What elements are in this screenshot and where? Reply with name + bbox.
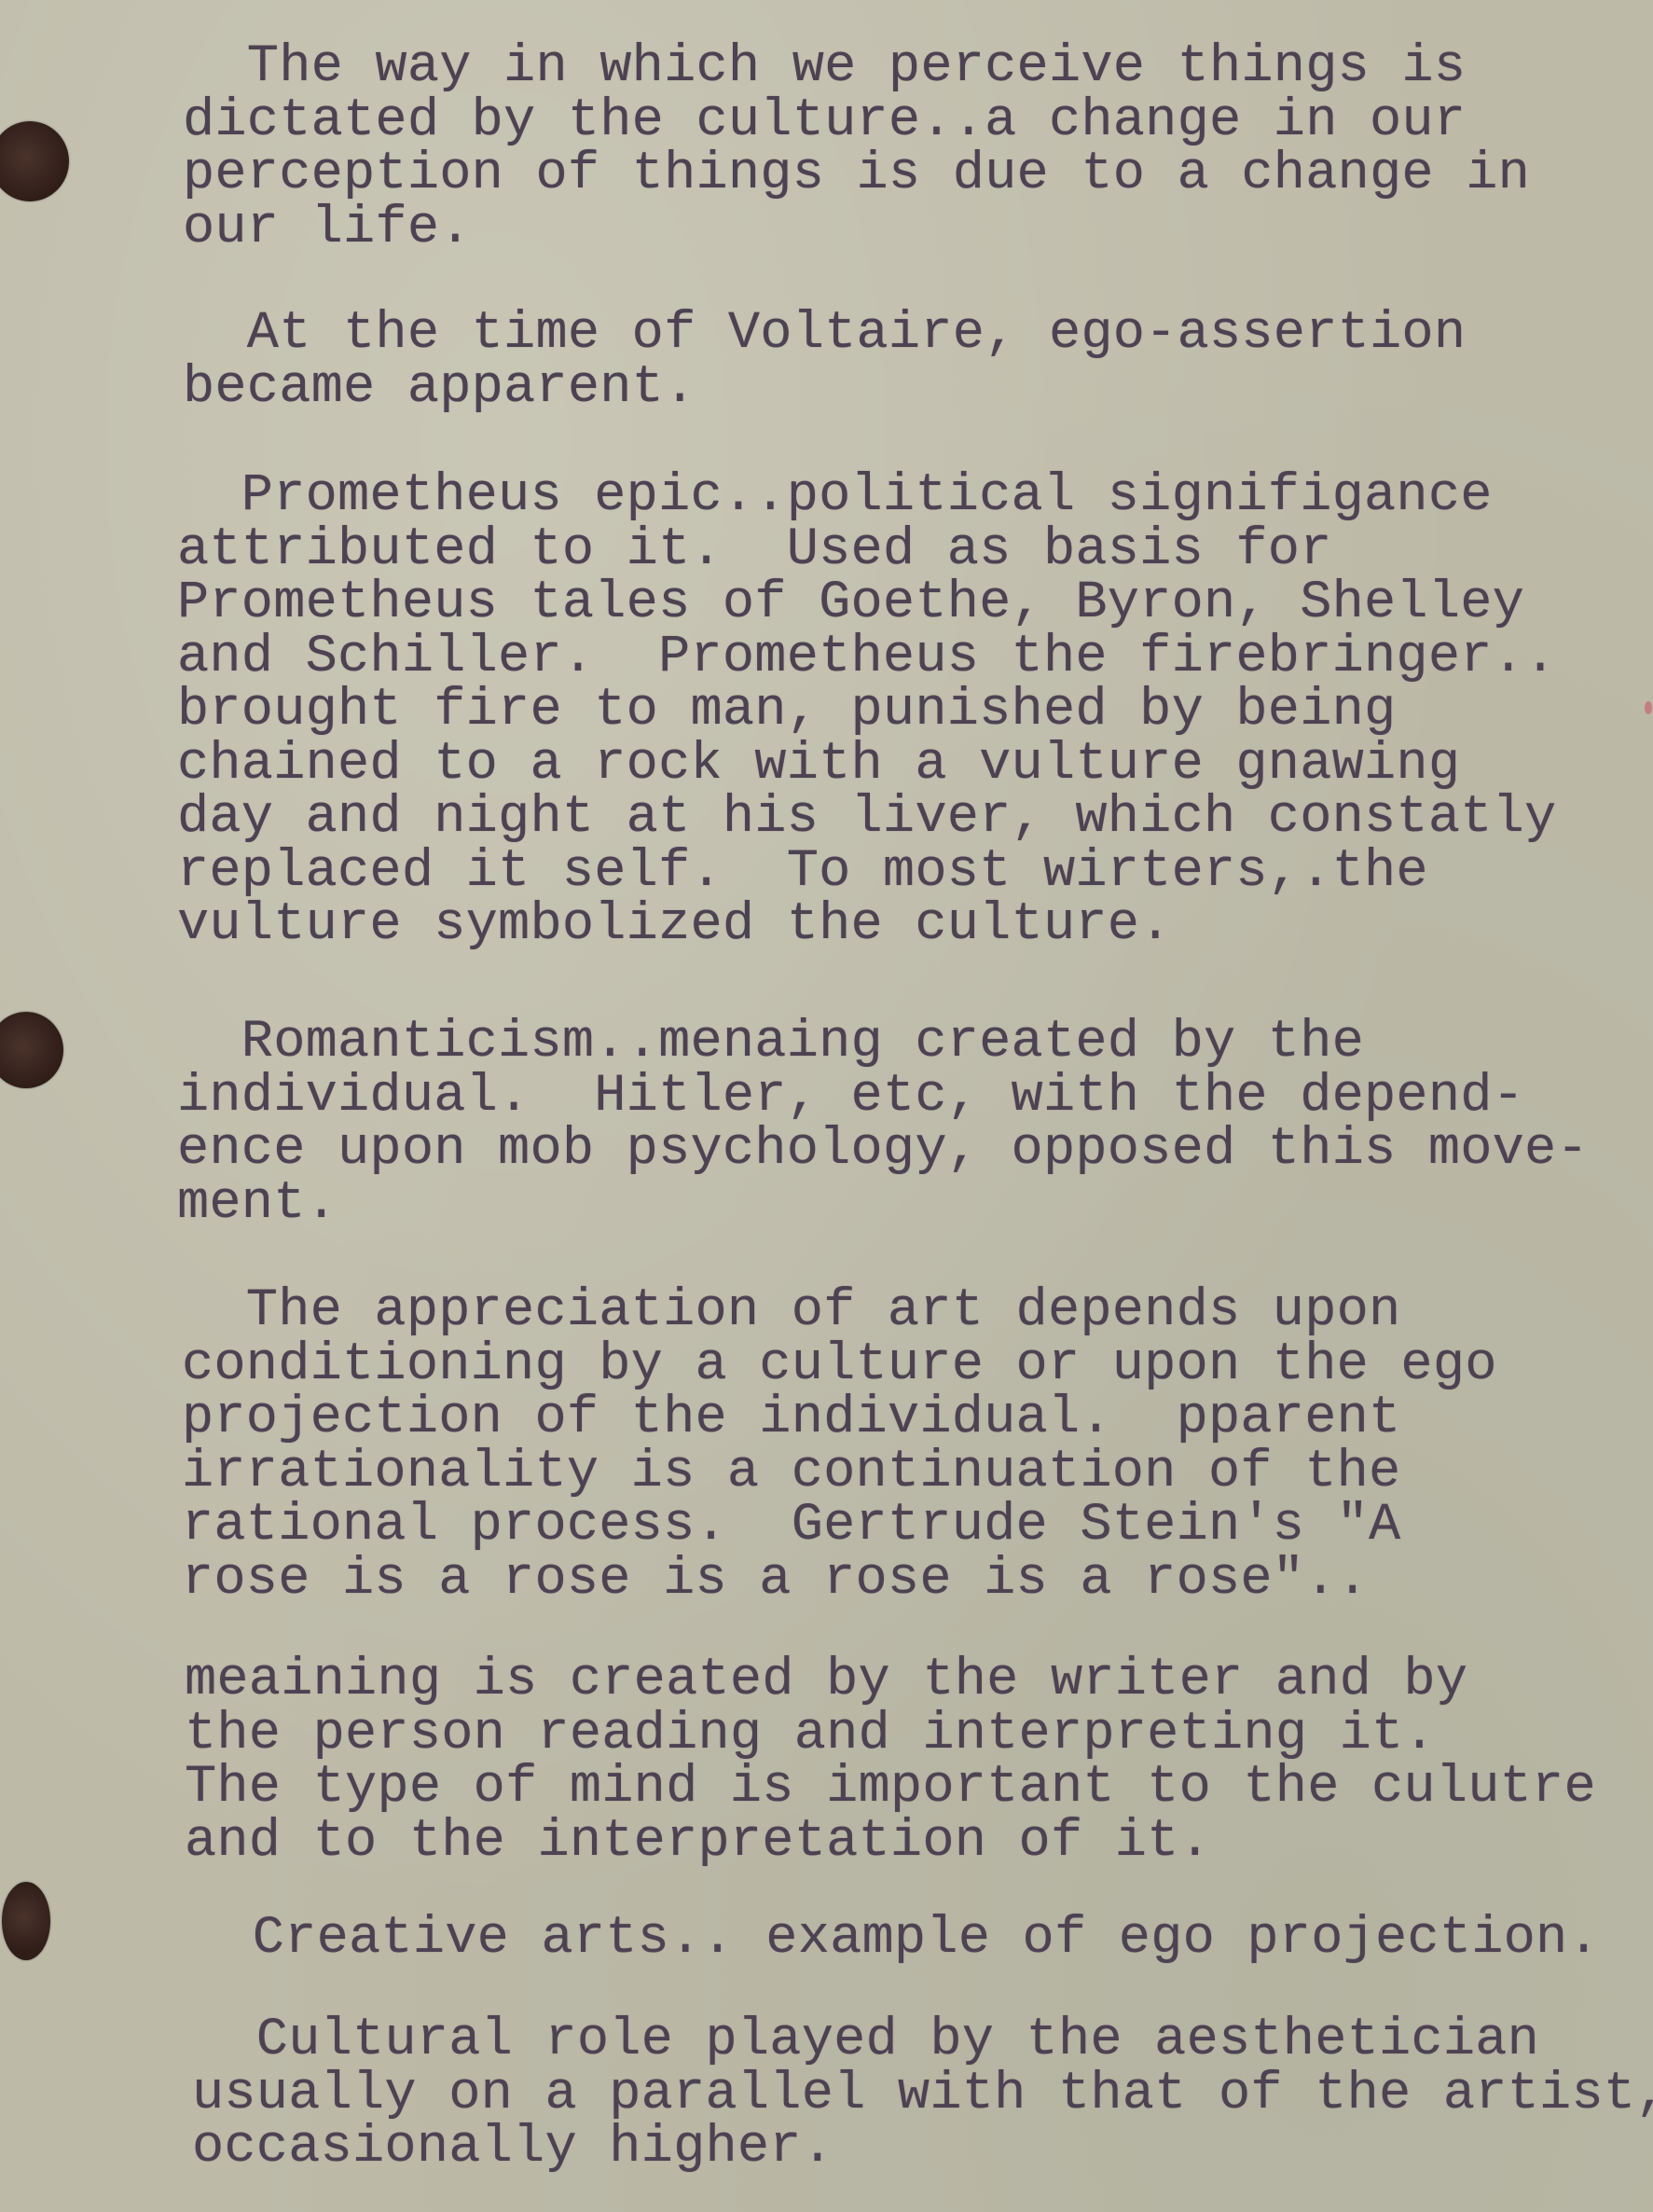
text-line: chained to a rock with a vulture gnawing — [177, 739, 1556, 793]
paragraph-appreciation: The appreciation of art depends uponcond… — [182, 1285, 1497, 1607]
paragraph-prometheus: Prometheus epic..political signifigancea… — [177, 470, 1556, 953]
text-line: Prometheus tales of Goethe, Byron, Shell… — [177, 577, 1556, 631]
text-line: brought fire to man, punished by being — [177, 684, 1556, 739]
punch-hole-middle — [0, 1012, 63, 1088]
text-line: attributed to it. Used as basis for — [177, 524, 1556, 578]
text-line: Romanticism..menaing created by the — [177, 1016, 1589, 1071]
text-line: irrationality is a continuation of the — [182, 1446, 1497, 1500]
text-line: meaining is created by the writer and by — [185, 1654, 1596, 1708]
text-line: Creative arts.. example of ego projectio… — [188, 1913, 1600, 1967]
text-line: rose is a rose is a rose is a rose".. — [182, 1554, 1497, 1608]
text-line: The appreciation of art depends upon — [182, 1285, 1497, 1339]
text-line: usually on a parallel with that of the a… — [192, 2068, 1653, 2122]
text-line: ment. — [177, 1178, 1589, 1232]
text-line: dictated by the culture..a change in our — [183, 95, 1530, 149]
punch-hole-top — [0, 121, 69, 201]
text-line: replaced it self. To most wirters,.the — [177, 846, 1556, 900]
punch-hole-bottom — [2, 1882, 50, 1960]
text-line: became apparent. — [183, 362, 1466, 416]
text-line: our life. — [183, 202, 1530, 256]
text-line: day and night at his liver, which consta… — [177, 792, 1556, 846]
text-line: At the time of Voltaire, ego-assertion — [183, 308, 1466, 362]
text-line: Cultural role played by the aesthetician — [192, 2014, 1653, 2068]
stray-ink-mark — [1645, 701, 1652, 714]
text-line: The type of mind is important to the cul… — [185, 1762, 1596, 1816]
text-line: the person reading and interpreting it. — [185, 1708, 1596, 1763]
text-line: Prometheus epic..political signifigance — [177, 470, 1556, 524]
text-line: vulture symbolized the culture. — [177, 899, 1556, 953]
text-line: perception of things is due to a change … — [183, 148, 1530, 202]
paragraph-meaning: meaining is created by the writer and by… — [185, 1654, 1596, 1869]
text-line: and to the interpretation of it. — [185, 1816, 1596, 1870]
text-line: ence upon mob psychology, opposed this m… — [177, 1124, 1589, 1178]
text-line: individual. Hitler, etc, with the depend… — [177, 1071, 1589, 1125]
paragraph-perception: The way in which we perceive things isdi… — [183, 41, 1530, 256]
paragraph-voltaire: At the time of Voltaire, ego-assertionbe… — [183, 308, 1466, 415]
text-line: projection of the individual. pparent — [182, 1392, 1497, 1446]
typewritten-page: The way in which we perceive things isdi… — [0, 0, 1653, 2212]
text-line: and Schiller. Prometheus the firebringer… — [177, 631, 1556, 685]
text-line: conditioning by a culture or upon the eg… — [182, 1339, 1497, 1393]
text-line: rational process. Gertrude Stein's "A — [182, 1500, 1497, 1554]
paragraph-aesthetician: Cultural role played by the aesthetician… — [192, 2014, 1653, 2176]
text-line: The way in which we perceive things is — [183, 41, 1530, 95]
paragraph-creative-arts: Creative arts.. example of ego projectio… — [188, 1913, 1600, 1967]
paragraph-romanticism: Romanticism..menaing created by theindiv… — [177, 1016, 1589, 1231]
text-line: occasionally higher. — [192, 2122, 1653, 2176]
